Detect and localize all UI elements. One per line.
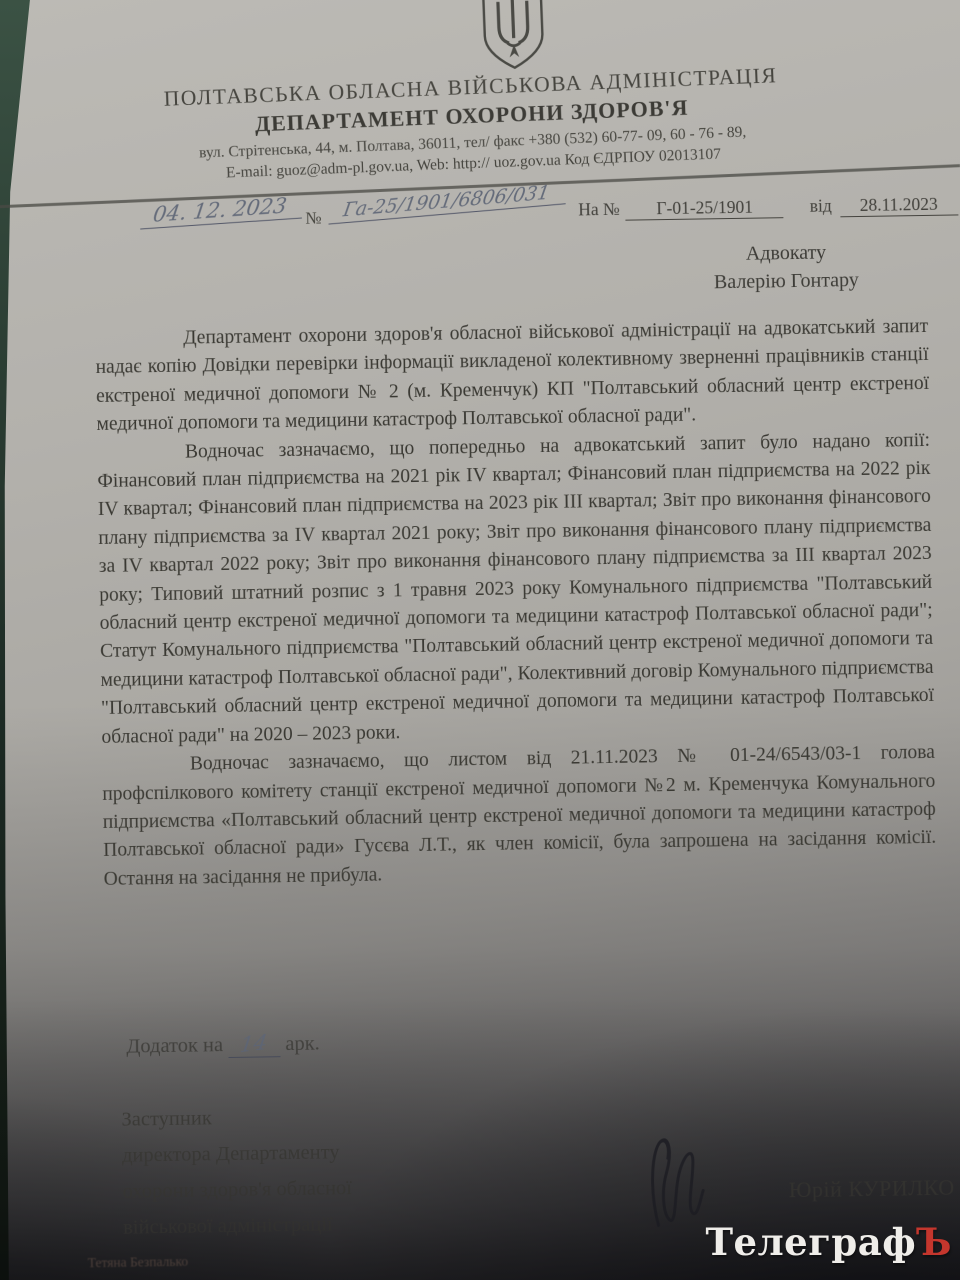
signer-position-line: військової адміністрації bbox=[123, 1204, 454, 1245]
telegraf-watermark: ТелеграфЪ bbox=[706, 1220, 953, 1264]
document-photo: { "header": { "emblem_name": "ukraine-tr… bbox=[0, 0, 960, 1280]
letter-body: Департамент охорони здоров'я обласної ві… bbox=[95, 313, 937, 894]
attachment-prefix: Додаток на bbox=[126, 1034, 223, 1058]
incoming-reference: На №Г-01-25/1901від28.11.2023 bbox=[578, 193, 958, 221]
addressee-title: Адвокату bbox=[656, 237, 916, 269]
signer-name: Юрій КУРИЛКО bbox=[789, 1175, 955, 1204]
watermark-accent-letter: Ъ bbox=[916, 1220, 952, 1264]
letterhead: ПОЛТАВСЬКА ОБЛАСНА ВІЙСЬКОВА АДМІНІСТРАЦ… bbox=[0, 0, 947, 19]
signer-position-line: директора Департаменту bbox=[122, 1133, 453, 1174]
addressee-block: Адвокату Валерію Гонтару bbox=[656, 237, 917, 297]
from-label: від bbox=[810, 195, 832, 215]
signer-position-block: Заступник директора Департаменту охорони… bbox=[121, 1097, 453, 1246]
body-paragraph: Водночас зазначаємо, що попередньо на ад… bbox=[97, 427, 935, 753]
watermark-main-text: Телеграф bbox=[706, 1220, 917, 1264]
attachment-sheet-count-handwritten: 14 bbox=[228, 1031, 280, 1058]
body-paragraph: Департамент охорони здоров'я обласної ві… bbox=[95, 313, 930, 440]
letter-page: ПОЛТАВСЬКА ОБЛАСНА ВІЙСЬКОВА АДМІНІСТРАЦ… bbox=[0, 0, 960, 1280]
addressee-name: Валерію Гонтару bbox=[656, 265, 916, 297]
from-date: 28.11.2023 bbox=[840, 193, 958, 217]
attachment-note: Додаток на 14 арк. bbox=[126, 1031, 320, 1060]
trident-emblem-icon bbox=[469, 0, 558, 75]
signer-position-line: охорони здоров'я обласної bbox=[122, 1169, 453, 1210]
outgoing-number-label: № bbox=[305, 208, 322, 228]
signer-position-line: Заступник bbox=[121, 1097, 452, 1138]
executor-name: Тетяна Безпалько bbox=[88, 1254, 189, 1272]
in-reply-label: На № bbox=[578, 199, 620, 220]
in-reply-number: Г-01-25/1901 bbox=[626, 196, 784, 220]
body-paragraph: Водночас зазначаємо, що листом від 21.11… bbox=[102, 739, 937, 894]
attachment-suffix: арк. bbox=[285, 1033, 320, 1056]
